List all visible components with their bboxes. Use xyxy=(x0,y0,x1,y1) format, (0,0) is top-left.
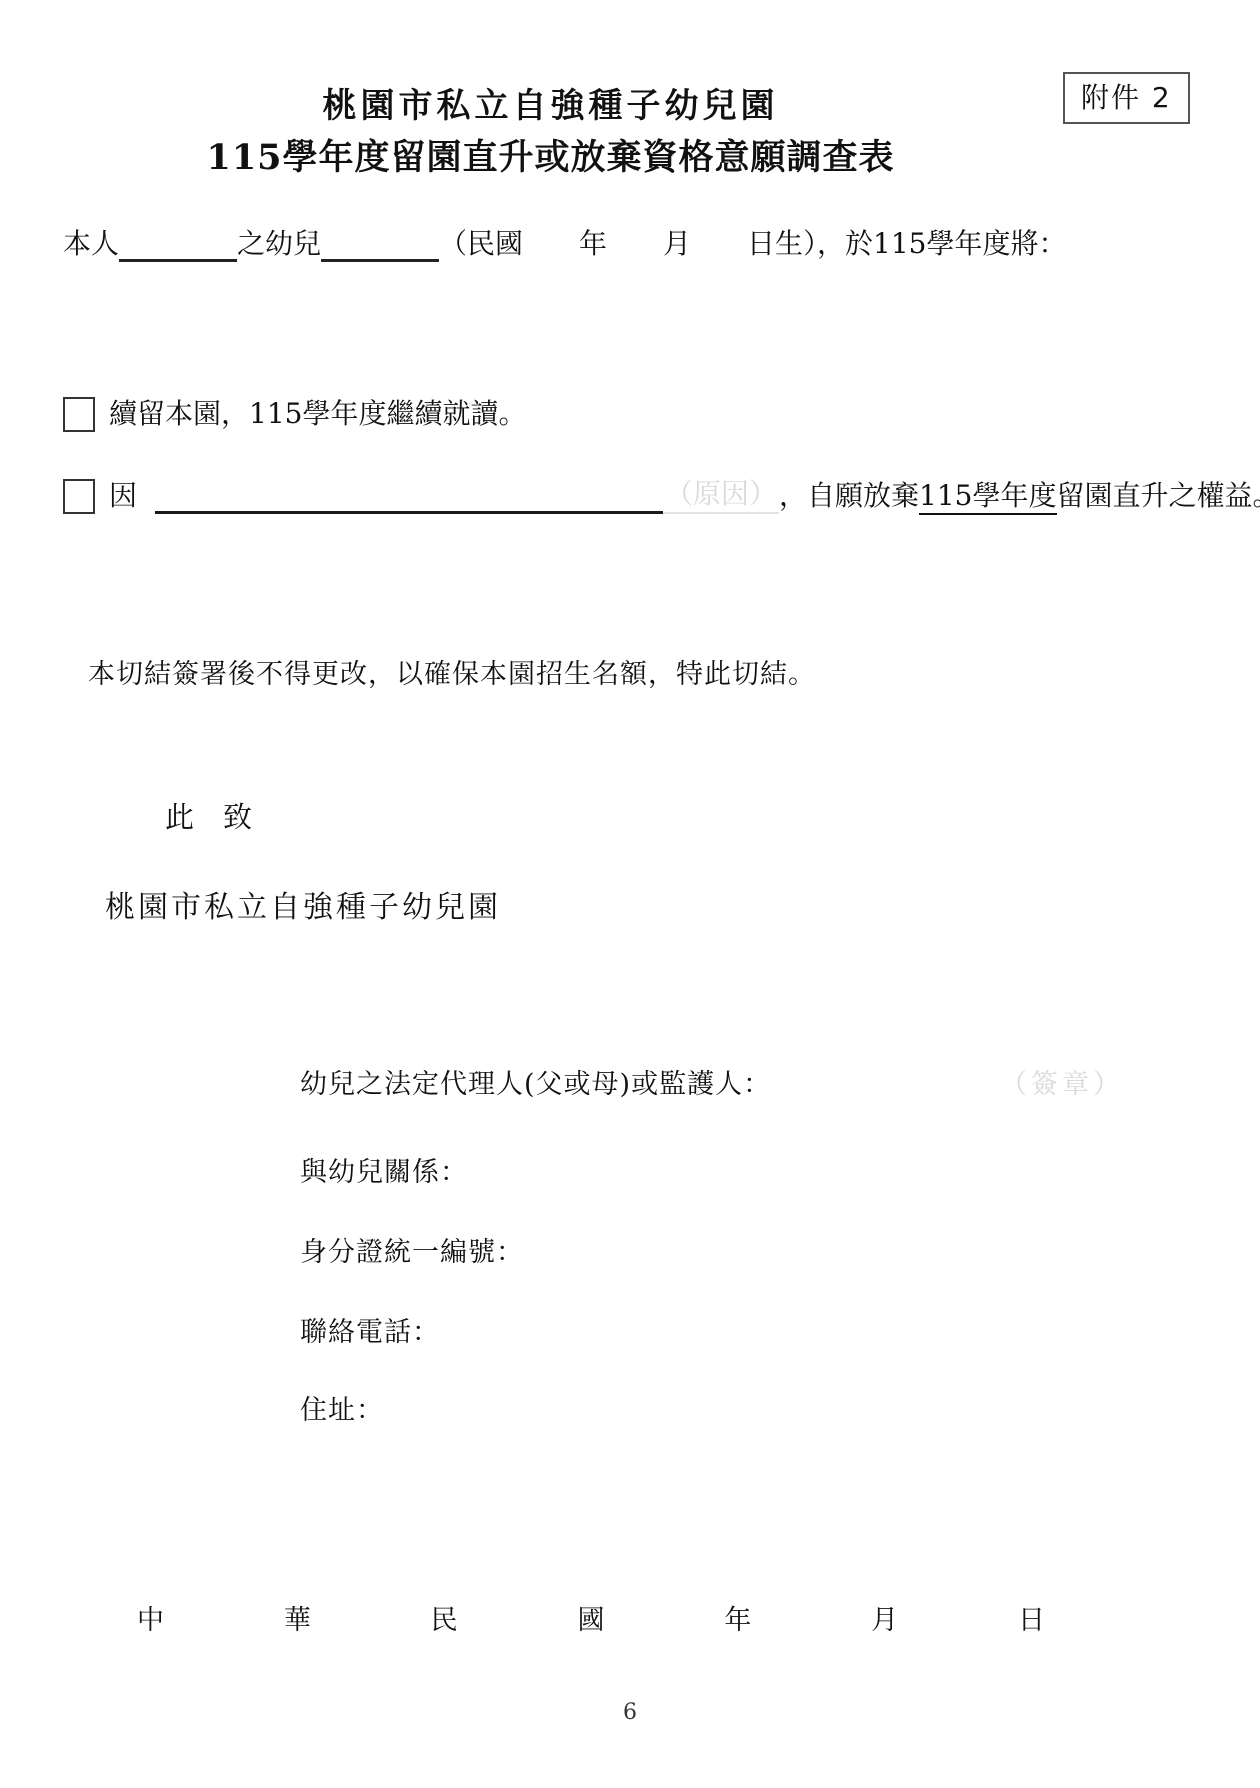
parent-name-blank[interactable] xyxy=(119,229,237,262)
page-number: 6 xyxy=(0,1700,1260,1725)
date-char: 年 xyxy=(724,1598,751,1637)
salute-text: 此 致 xyxy=(165,795,252,836)
address-label: 住址： xyxy=(300,1388,384,1427)
date-char: 國 xyxy=(577,1598,604,1637)
child-name-blank[interactable] xyxy=(321,229,439,262)
intro-child-label: 之幼兒 xyxy=(237,227,321,260)
date-char: 月 xyxy=(871,1598,898,1637)
id-number-label: 身分證統一編號： xyxy=(300,1230,524,1269)
date-char: 中 xyxy=(137,1598,164,1637)
waive-checkbox[interactable] xyxy=(63,479,95,514)
option-waive-prefix: 因 xyxy=(109,474,137,514)
option-stay-row: 續留本園，115學年度繼續就讀。 xyxy=(63,392,526,432)
seal-hint: （簽章） xyxy=(1000,1062,1124,1101)
option-stay-label: 續留本園，115學年度繼續就讀。 xyxy=(109,392,526,432)
form-subtitle: 115學年度留園直升或放棄資格意願調查表 xyxy=(63,130,1038,180)
pledge-text: 本切結簽署後不得更改，以確保本園招生名額，特此切結。 xyxy=(88,652,816,691)
intro-line: 本人之幼兒（民國 年 月 日生），於115學年度將： xyxy=(63,222,1066,262)
guardian-label: 幼兒之法定代理人(父或母)或監護人： xyxy=(300,1062,771,1101)
form-page: 附件 2 桃園市私立自強種子幼兒園 115學年度留園直升或放棄資格意願調查表 本… xyxy=(0,0,1260,1788)
date-char: 日 xyxy=(1018,1598,1045,1637)
waive-underlined-year: 115學年度 xyxy=(919,479,1056,515)
form-title: 桃園市私立自強種子幼兒園 xyxy=(63,78,1038,127)
waive-reason-hint: （原因） xyxy=(663,472,779,514)
date-char: 民 xyxy=(431,1598,458,1637)
option-waive-text: ，自願放棄115學年度留園直升之權益。 xyxy=(779,474,1260,514)
phone-label: 聯絡電話： xyxy=(300,1310,440,1349)
waive-text-after: 留園直升之權益。 xyxy=(1057,479,1260,512)
relation-label: 與幼兒關係： xyxy=(300,1150,468,1189)
attachment-badge: 附件 2 xyxy=(1063,72,1190,124)
intro-self-label: 本人 xyxy=(63,227,119,260)
roc-date-line: 中 華 民 國 年 月 日 xyxy=(137,1598,1045,1637)
waive-reason-blank[interactable] xyxy=(155,481,663,514)
addressee-name: 桃園市私立自強種子幼兒園 xyxy=(105,882,501,926)
date-char: 華 xyxy=(284,1598,311,1637)
option-waive-row: 因 （原因） ，自願放棄115學年度留園直升之權益。 xyxy=(63,472,1260,514)
stay-checkbox[interactable] xyxy=(63,397,95,432)
waive-text-before: ，自願放棄 xyxy=(779,479,919,512)
intro-birth-label: （民國 年 月 日生），於115學年度將： xyxy=(439,227,1066,260)
